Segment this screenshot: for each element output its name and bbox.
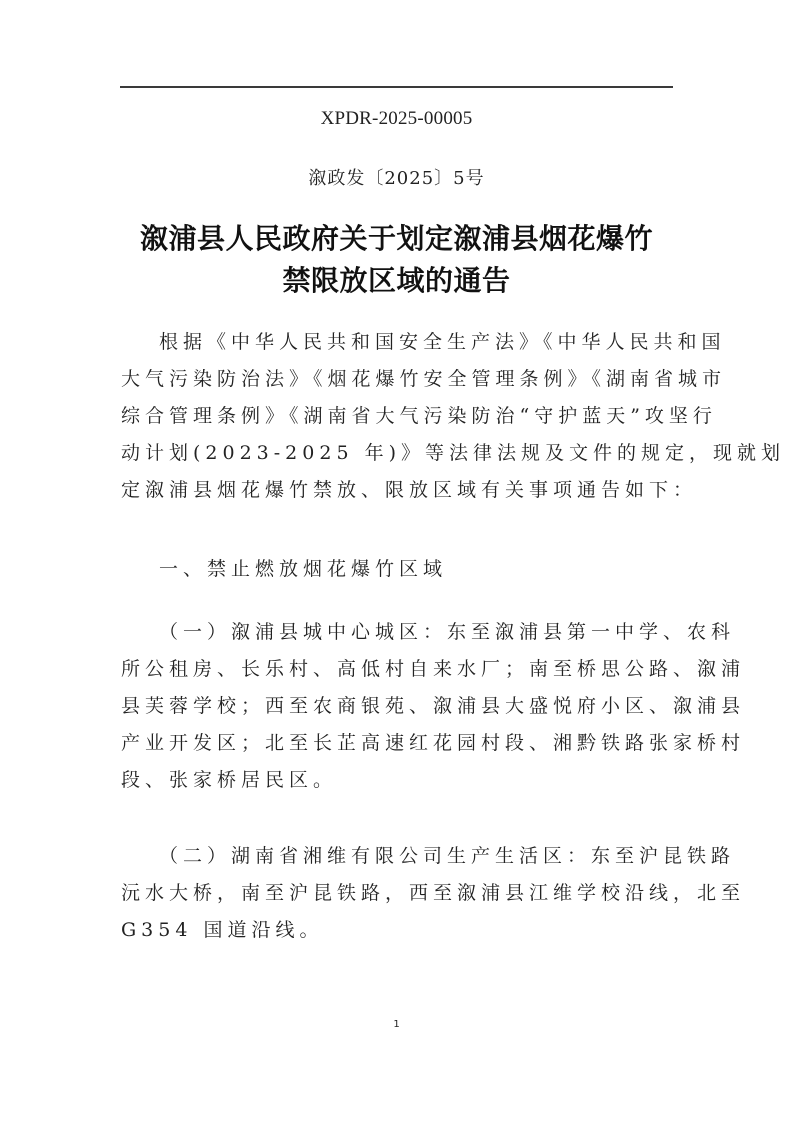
item-2-line: G354 国道沿线。 — [121, 912, 677, 949]
header-rule — [120, 86, 673, 88]
item-1-line: 段、张家桥居民区。 — [121, 762, 677, 799]
item-1-line: （一）溆浦县城中心城区：东至溆浦县第一中学、农科 — [121, 614, 677, 651]
item-1-line: 县芙蓉学校；西至农商银苑、溆浦县大盛悦府小区、溆浦县 — [121, 688, 677, 725]
title-line-1: 溆浦县人民政府关于划定溆浦县烟花爆竹 — [0, 218, 793, 260]
item-1-line: 产业开发区；北至长芷高速红花园村段、湘黔铁路张家桥村 — [121, 725, 677, 762]
item-1-paragraph: （一）溆浦县城中心城区：东至溆浦县第一中学、农科 所公租房、长乐村、高低村自来水… — [121, 614, 677, 799]
document-page: XPDR-2025-00005 溆政发〔2025〕5号 溆浦县人民政府关于划定溆… — [0, 0, 793, 1122]
item-2-line: 沅水大桥，南至沪昆铁路，西至溆浦县江维学校沿线，北至 — [121, 875, 677, 912]
document-title: 溆浦县人民政府关于划定溆浦县烟花爆竹 禁限放区域的通告 — [0, 218, 793, 302]
document-code: XPDR-2025-00005 — [0, 106, 793, 132]
item-2-paragraph: （二）湖南省湘维有限公司生产生活区：东至沪昆铁路 沅水大桥，南至沪昆铁路，西至溆… — [121, 838, 677, 949]
preamble-line: 综合管理条例》《湖南省大气污染防治“守护蓝天”攻坚行 — [121, 398, 677, 435]
preamble-line: 大气污染防治法》《烟花爆竹安全管理条例》《湖南省城市 — [121, 361, 677, 398]
section-heading-text: 一、禁止燃放烟花爆竹区域 — [121, 551, 677, 588]
preamble-line: 动计划(2023-2025 年)》等法律法规及文件的规定，现就划 — [121, 435, 677, 472]
item-1-line: 所公租房、长乐村、高低村自来水厂；南至桥思公路、溆浦 — [121, 651, 677, 688]
title-line-2: 禁限放区域的通告 — [0, 260, 793, 302]
preamble-line: 根据《中华人民共和国安全生产法》《中华人民共和国 — [121, 324, 677, 361]
section-1-heading: 一、禁止燃放烟花爆竹区域 — [121, 551, 677, 588]
page-number: 1 — [0, 1019, 793, 1030]
document-number: 溆政发〔2025〕5号 — [0, 166, 793, 192]
item-2-line: （二）湖南省湘维有限公司生产生活区：东至沪昆铁路 — [121, 838, 677, 875]
preamble-paragraph: 根据《中华人民共和国安全生产法》《中华人民共和国 大气污染防治法》《烟花爆竹安全… — [121, 324, 677, 509]
preamble-line: 定溆浦县烟花爆竹禁放、限放区域有关事项通告如下： — [121, 472, 677, 509]
